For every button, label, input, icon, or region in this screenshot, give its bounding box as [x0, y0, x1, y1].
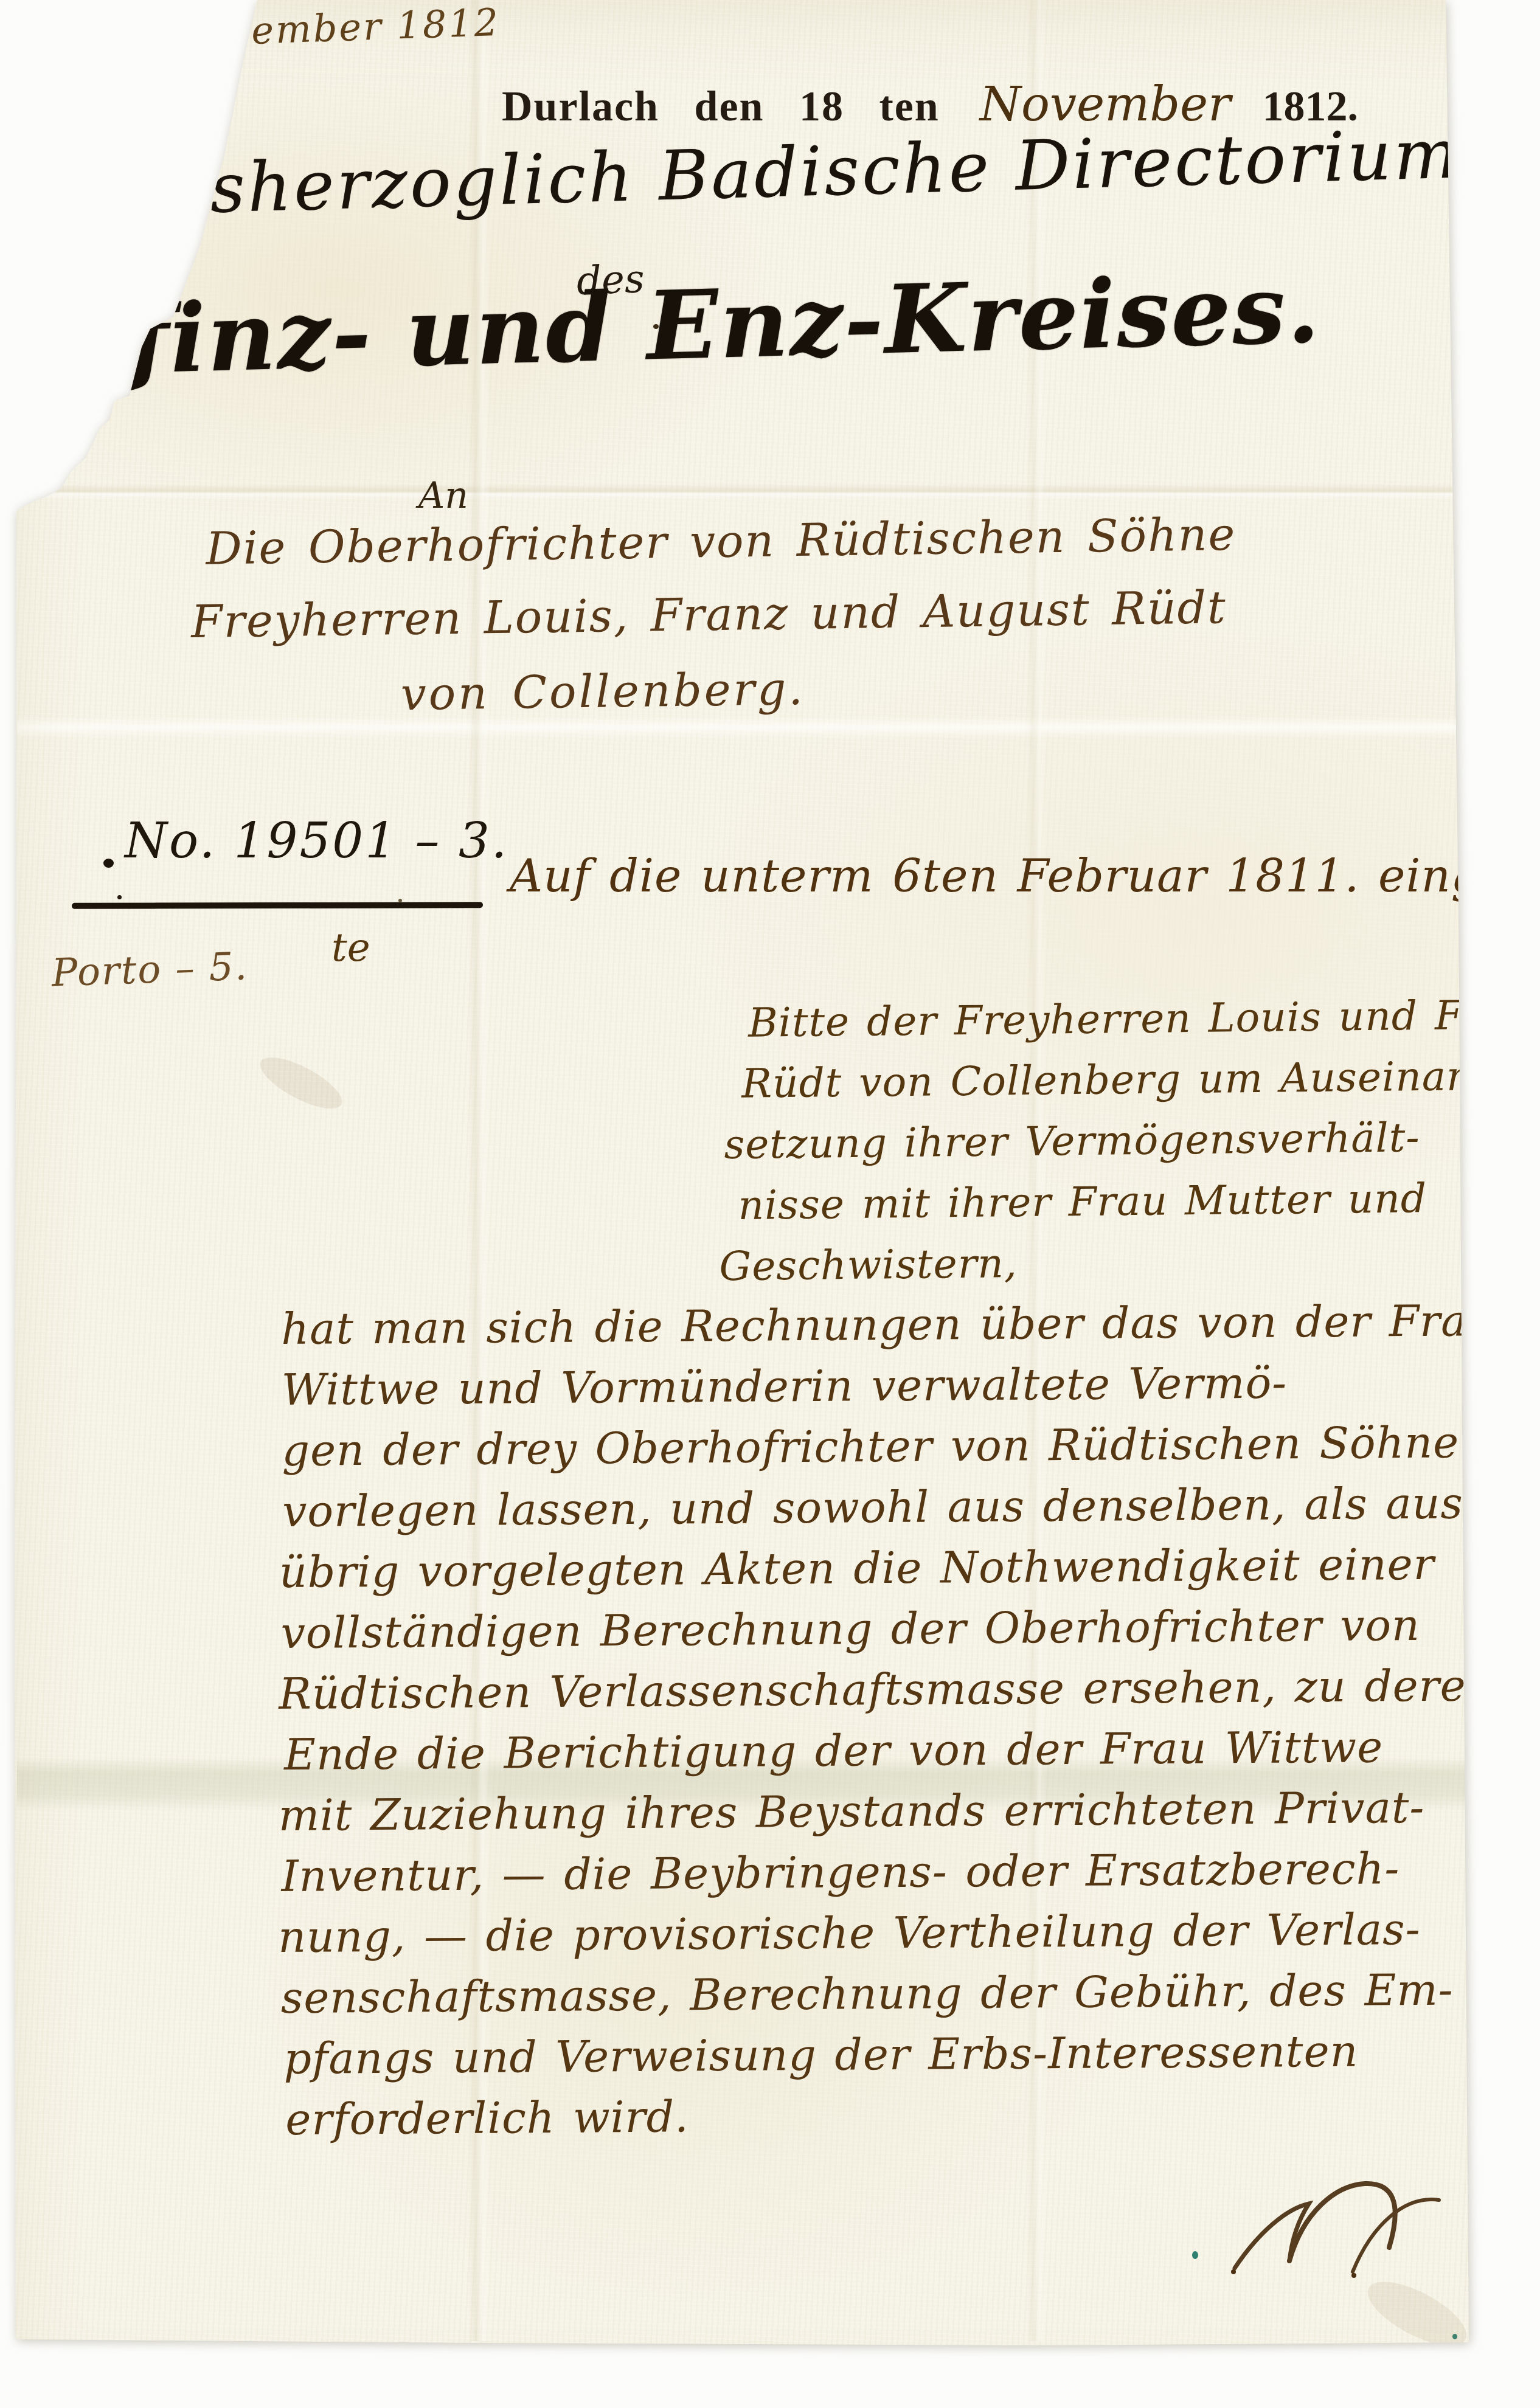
ink-speck — [117, 895, 122, 899]
body-line: hat man sich die Rechnungen über das von… — [281, 1299, 1496, 1351]
body-line: übrig vorgelegten Akten die Nothwendigke… — [279, 1543, 1435, 1594]
body-line: Wittwe und Vormünderin verwaltete Vermö- — [282, 1361, 1288, 1411]
carryover-syllable: te — [331, 925, 370, 970]
dateline: Durlach den 18 tenNovember1812. — [502, 79, 1358, 134]
scanned-letter-page: ember 1812 Durlach den 18 tenNovember181… — [0, 0, 1540, 2408]
body-line: mit Zuziehung ihres Beystands errichtete… — [279, 1786, 1425, 1837]
fold-crease-horizontal-2 — [17, 716, 1458, 738]
salutation-an: An — [418, 474, 468, 517]
body-line: nung, — die provisorische Vertheilung de… — [278, 1908, 1421, 1959]
body-line: vollständigen Berechnung der Oberhofrich… — [280, 1604, 1420, 1655]
body-line: erforderlich wird. — [285, 2095, 689, 2141]
recipient-line: Die Oberhofrichter von Rüdtischen Söhne — [206, 512, 1237, 572]
letterhead-des: des — [576, 257, 645, 304]
dateline-place-day: Durlach den 18 ten — [502, 83, 940, 130]
archival-date-note: ember 1812 — [251, 0, 501, 53]
body-opening-line: Auf die unterm 6ten Februar 1811. einger… — [510, 849, 1540, 902]
petition-line: setzung ihrer Vermögensverhält- — [724, 1118, 1420, 1165]
paper-smudge — [1359, 2269, 1476, 2358]
fold-crease-vertical-1 — [468, 0, 490, 2341]
dateline-month: November — [980, 77, 1231, 132]
body-line: Ende die Berichtigung der von der Frau W… — [284, 1725, 1384, 1776]
ink-blot — [103, 859, 114, 868]
porto-note: Porto – 5. — [51, 944, 249, 995]
recipient-line: Freyherren Louis, Franz und August Rüdt — [191, 585, 1227, 645]
body-line: Inventur, — die Beybringens- oder Ersatz… — [281, 1847, 1400, 1898]
body-line: senschaftsmasse, Berechnung der Gebühr, … — [281, 1968, 1454, 2019]
fold-crease-horizontal-1 — [17, 484, 1456, 500]
petition-line: Bitte der Freyherren Louis und Franz — [748, 995, 1540, 1043]
body-line: pfangs und Verweisung der Erbs-Interesse… — [283, 2030, 1358, 2080]
ink-speck — [398, 899, 402, 902]
body-line: gen der drey Oberhofrichter von Rüdtisch… — [282, 1420, 1459, 1472]
signature-paraph-icon — [1227, 2176, 1458, 2288]
petition-line: nisse mit ihrer Frau Mutter und — [738, 1178, 1427, 1226]
docket-underline — [72, 902, 483, 909]
teal-speck — [1192, 2251, 1198, 2259]
teal-speck — [1452, 2334, 1457, 2339]
dateline-year: 1812. — [1263, 83, 1359, 130]
body-line: Rüdtischen Verlassenschaftsmasse ersehen… — [279, 1664, 1494, 1715]
body-line: vorlegen lassen, und sowohl aus denselbe… — [282, 1481, 1540, 1533]
letterhead-title-line1: Grosherzoglich Badische Directorium — [74, 114, 1462, 232]
paper-smudge — [254, 1048, 349, 1118]
fold-crease-horizontal-3 — [17, 1757, 1466, 1811]
ink-speck — [653, 324, 659, 329]
fold-crease-vertical-2 — [1027, 0, 1046, 2341]
paper-sheet: ember 1812 Durlach den 18 tenNovember181… — [0, 0, 1540, 2408]
recipient-line: von Collenberg. — [400, 666, 805, 717]
letterhead-title-line2: Pfinz- und Enz-Kreises. — [55, 253, 1322, 397]
paper-shadow: ember 1812 Durlach den 18 tenNovember181… — [0, 0, 1540, 2408]
petition-line: Rüdt von Collenberg um Auseinander- — [741, 1056, 1540, 1104]
docket-number: No. 19501 – 3. — [125, 812, 508, 869]
petition-line: Geschwistern, — [719, 1244, 1018, 1287]
